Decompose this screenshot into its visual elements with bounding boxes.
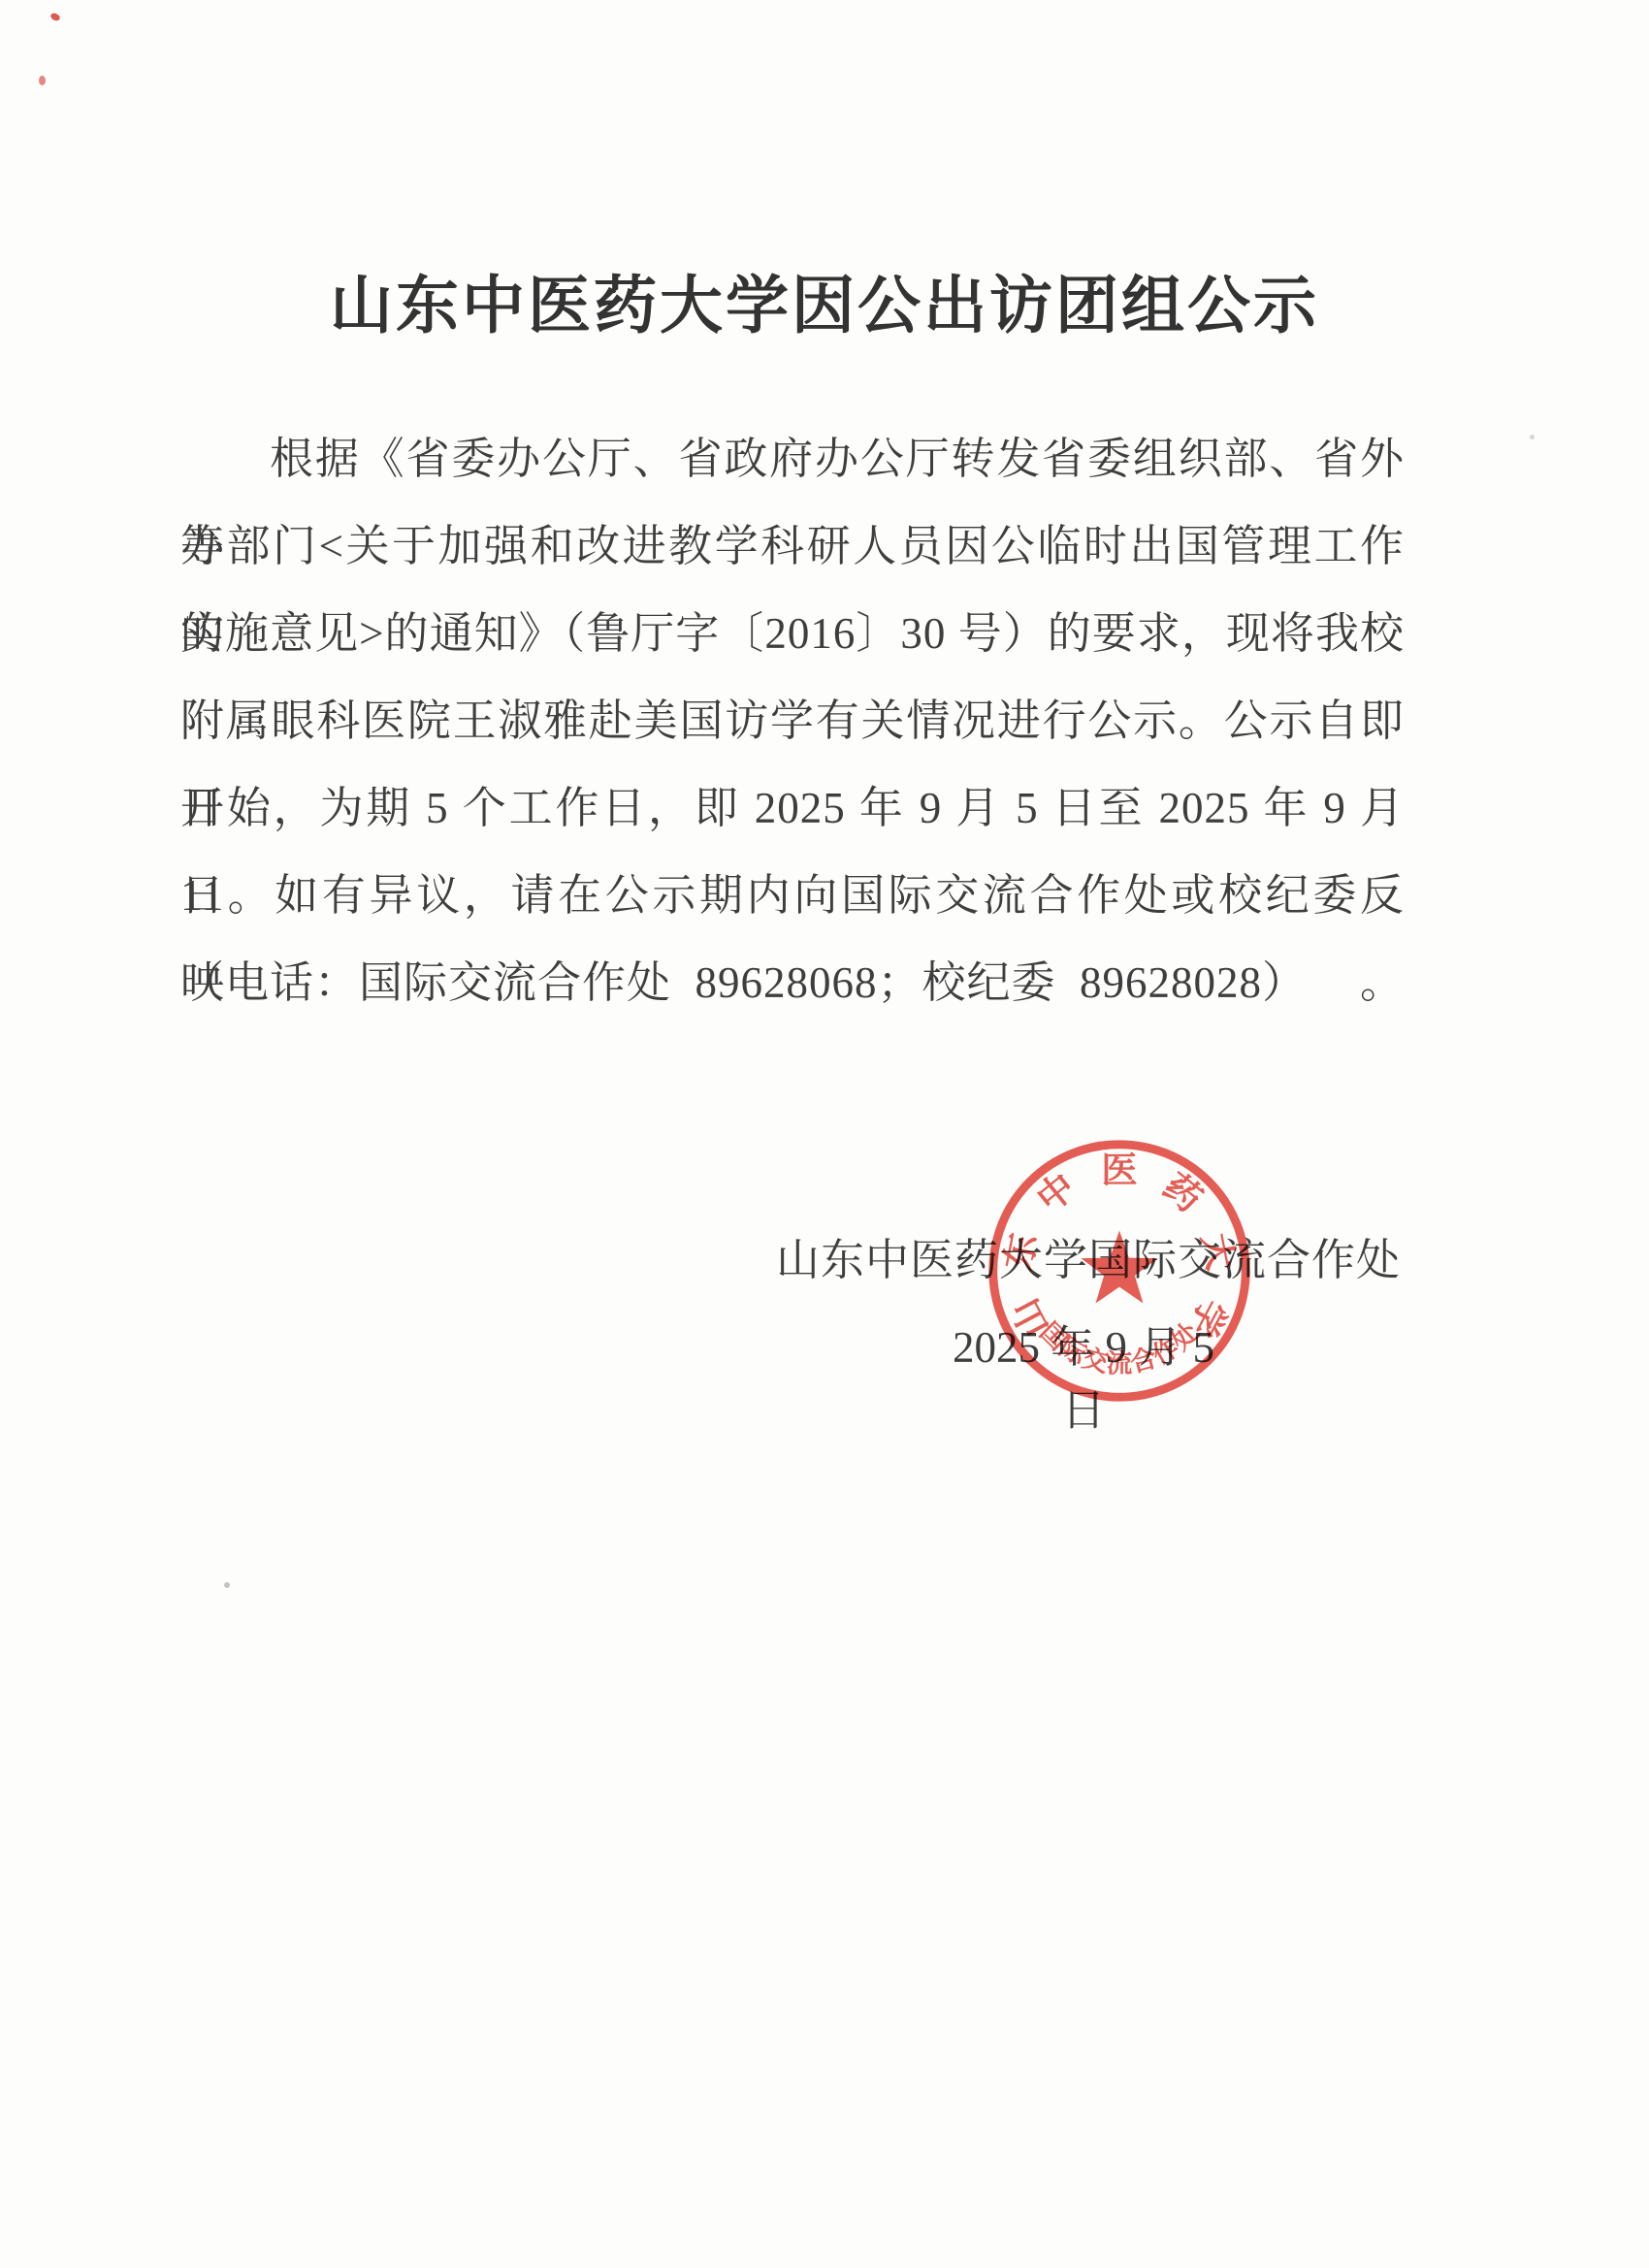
signature-date: 2025 年 9 月 5 日: [929, 1312, 1238, 1438]
document-title: 山东中医药大学因公出访团组公示: [0, 254, 1649, 345]
body-line: 实施意见>的通知》（鲁厅字〔2016〕30 号）的要求，现将我校: [180, 590, 1405, 677]
scan-artifact-gray-speck: [1530, 435, 1535, 439]
body-line: 日。如有异议，请在公示期内向国际交流合作处或校纪委反映。: [180, 852, 1405, 939]
seal-char: 中: [1029, 1165, 1083, 1219]
seal-char: 药: [1156, 1165, 1211, 1219]
body-line: 等部门<关于加强和改进教学科研人员因公临时出国管理工作的: [180, 502, 1405, 590]
scan-artifact-gray-speck: [224, 1582, 230, 1588]
body-line-phone: （电话：国际交流合作处 89628068；校纪委 89628028）: [180, 939, 1405, 1026]
body-line: 根据《省委办公厅、省政府办公厅转发省委组织部、省外办: [180, 415, 1405, 502]
scan-artifact-red-speck: [39, 76, 46, 85]
body-line: 附属眼科医院王淑雅赴美国访学有关情况进行公示。公示自即日: [180, 677, 1405, 764]
seal-char: 医: [1101, 1150, 1138, 1190]
signature-organization: 山东中医药大学国际交流合作处: [776, 1224, 1401, 1287]
document-body: 根据《省委办公厅、省政府办公厅转发省委组织部、省外办 等部门<关于加强和改进教学…: [180, 415, 1405, 1026]
scan-artifact-red-speck: [49, 12, 61, 22]
body-line: 开始，为期 5 个工作日，即 2025 年 9 月 5 日至 2025 年 9 …: [180, 764, 1405, 852]
document-page: 山东中医药大学因公出访团组公示 根据《省委办公厅、省政府办公厅转发省委组织部、省…: [0, 0, 1649, 2268]
